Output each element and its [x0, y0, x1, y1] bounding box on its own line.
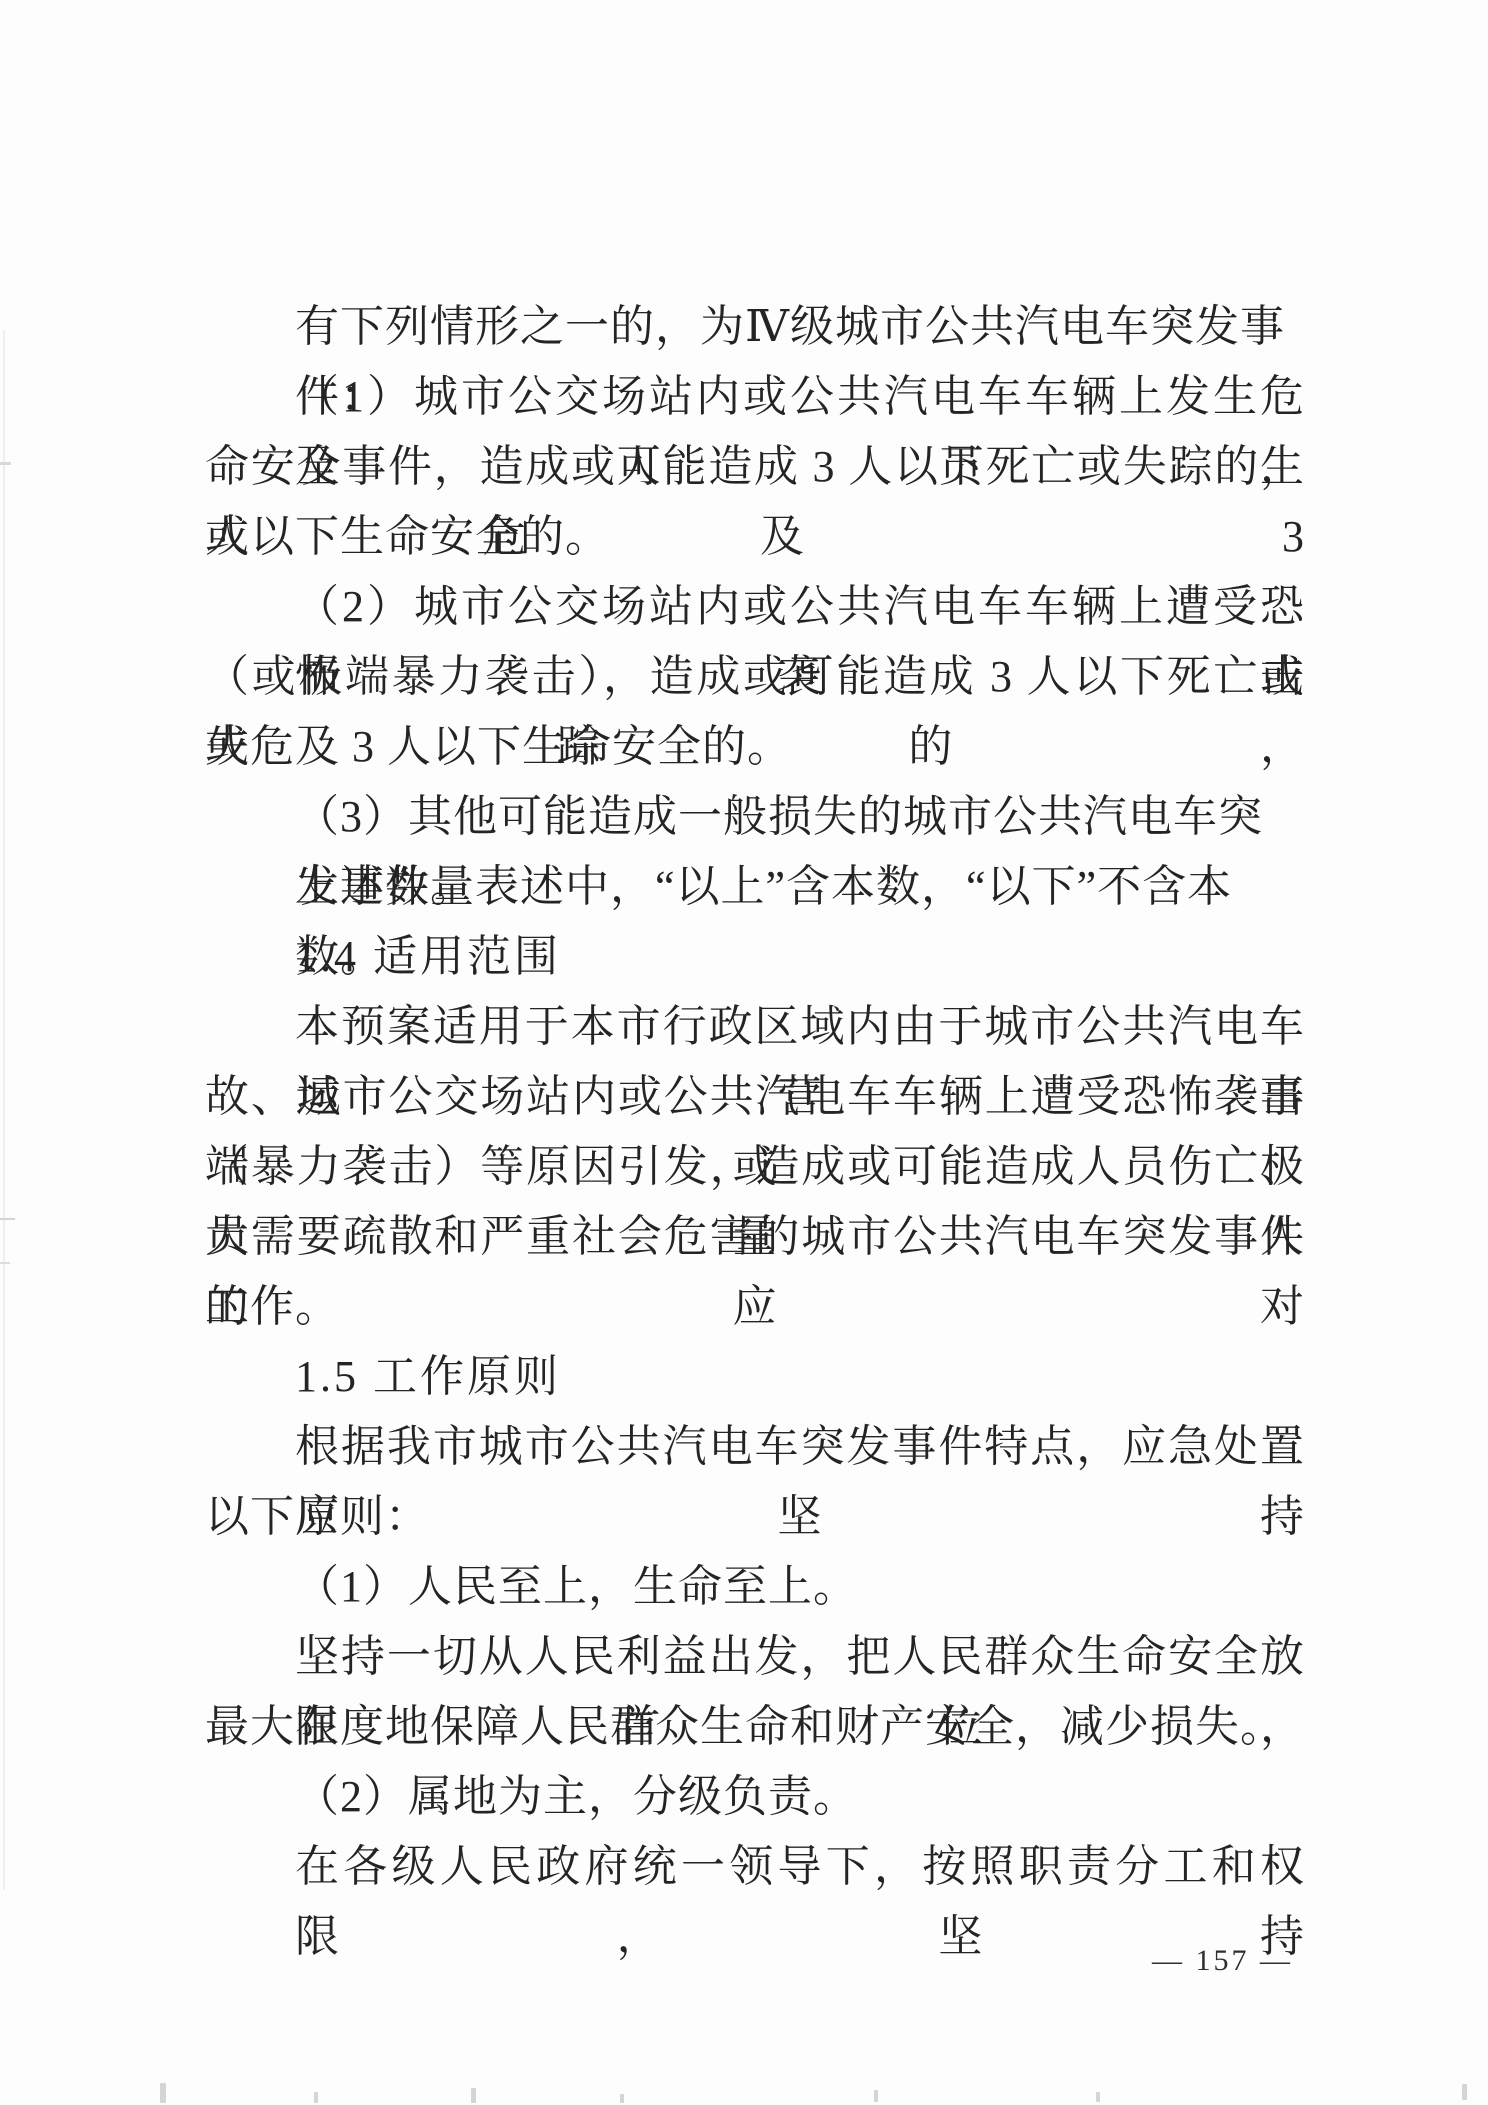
- section-heading: 1.4 适用范围: [205, 922, 1305, 992]
- scan-artifact-tick: [0, 1218, 15, 1220]
- text-line: 最大限度地保障人民群众生命和财产安全，减少损失。: [205, 1692, 1305, 1762]
- document-body: 有下列情形之一的，为Ⅳ级城市公共汽电车突发事件：（1）城市公交场站内或公共汽电车…: [205, 292, 1305, 1902]
- text-line: 坚持一切从人民利益出发，把人民群众生命安全放在首位，: [205, 1622, 1305, 1692]
- text-line: 上述数量表述中，“以上”含本数，“以下”不含本数。: [205, 852, 1305, 922]
- document-page: 有下列情形之一的，为Ⅳ级城市公共汽电车突发事件：（1）城市公交场站内或公共汽电车…: [0, 0, 1488, 2105]
- page-number: — 157 —: [1152, 1944, 1293, 1978]
- text-line: （2）属地为主，分级负责。: [205, 1762, 1305, 1832]
- text-line: （2）城市公交场站内或公共汽电车车辆上遭受恐怖袭击: [205, 572, 1305, 642]
- text-line: 员需要疏散和严重社会危害的城市公共汽电车突发事件的应对: [205, 1202, 1305, 1272]
- scan-artifact-speck: [471, 2088, 476, 2103]
- text-line: （1）人民至上，生命至上。: [205, 1552, 1305, 1622]
- scan-artifact-speck: [1462, 2084, 1467, 2100]
- scan-artifact-speck: [314, 2092, 318, 2103]
- scan-artifact-tick: [0, 1262, 10, 1264]
- text-line: （1）城市公交场站内或公共汽电车车辆上发生危及人员生: [205, 362, 1305, 432]
- text-line: 命安全事件，造成或可能造成 3 人以下死亡或失踪的，或危及 3: [205, 432, 1305, 502]
- scan-artifact-tick: [0, 462, 11, 465]
- text-line: 根据我市城市公共汽电车突发事件特点，应急处置应坚持: [205, 1412, 1305, 1482]
- scan-artifact-edge-line: [3, 330, 5, 1890]
- text-line: （或极端暴力袭击），造成或可能造成 3 人以下死亡或失踪的，: [205, 642, 1305, 712]
- section-heading: 1.5 工作原则: [205, 1342, 1305, 1412]
- scan-artifact-speck: [620, 2094, 624, 2103]
- text-line: 在各级人民政府统一领导下，按照职责分工和权限，坚持: [205, 1832, 1305, 1902]
- text-line: 本预案适用于本市行政区域内由于城市公共汽电车运营事: [205, 992, 1305, 1062]
- scan-artifact-speck: [874, 2090, 878, 2102]
- scan-artifact-speck: [1096, 2092, 1100, 2102]
- text-line: 有下列情形之一的，为Ⅳ级城市公共汽电车突发事件：: [205, 292, 1305, 362]
- scan-artifact-speck: [160, 2083, 166, 2103]
- text-line: 端暴力袭击）等原因引发，造成或可能造成人员伤亡、大量人: [205, 1132, 1305, 1202]
- text-line: 故、城市公交场站内或公共汽电车车辆上遭受恐怖袭击（或极: [205, 1062, 1305, 1132]
- text-line: （3）其他可能造成一般损失的城市公共汽电车突发事件。: [205, 782, 1305, 852]
